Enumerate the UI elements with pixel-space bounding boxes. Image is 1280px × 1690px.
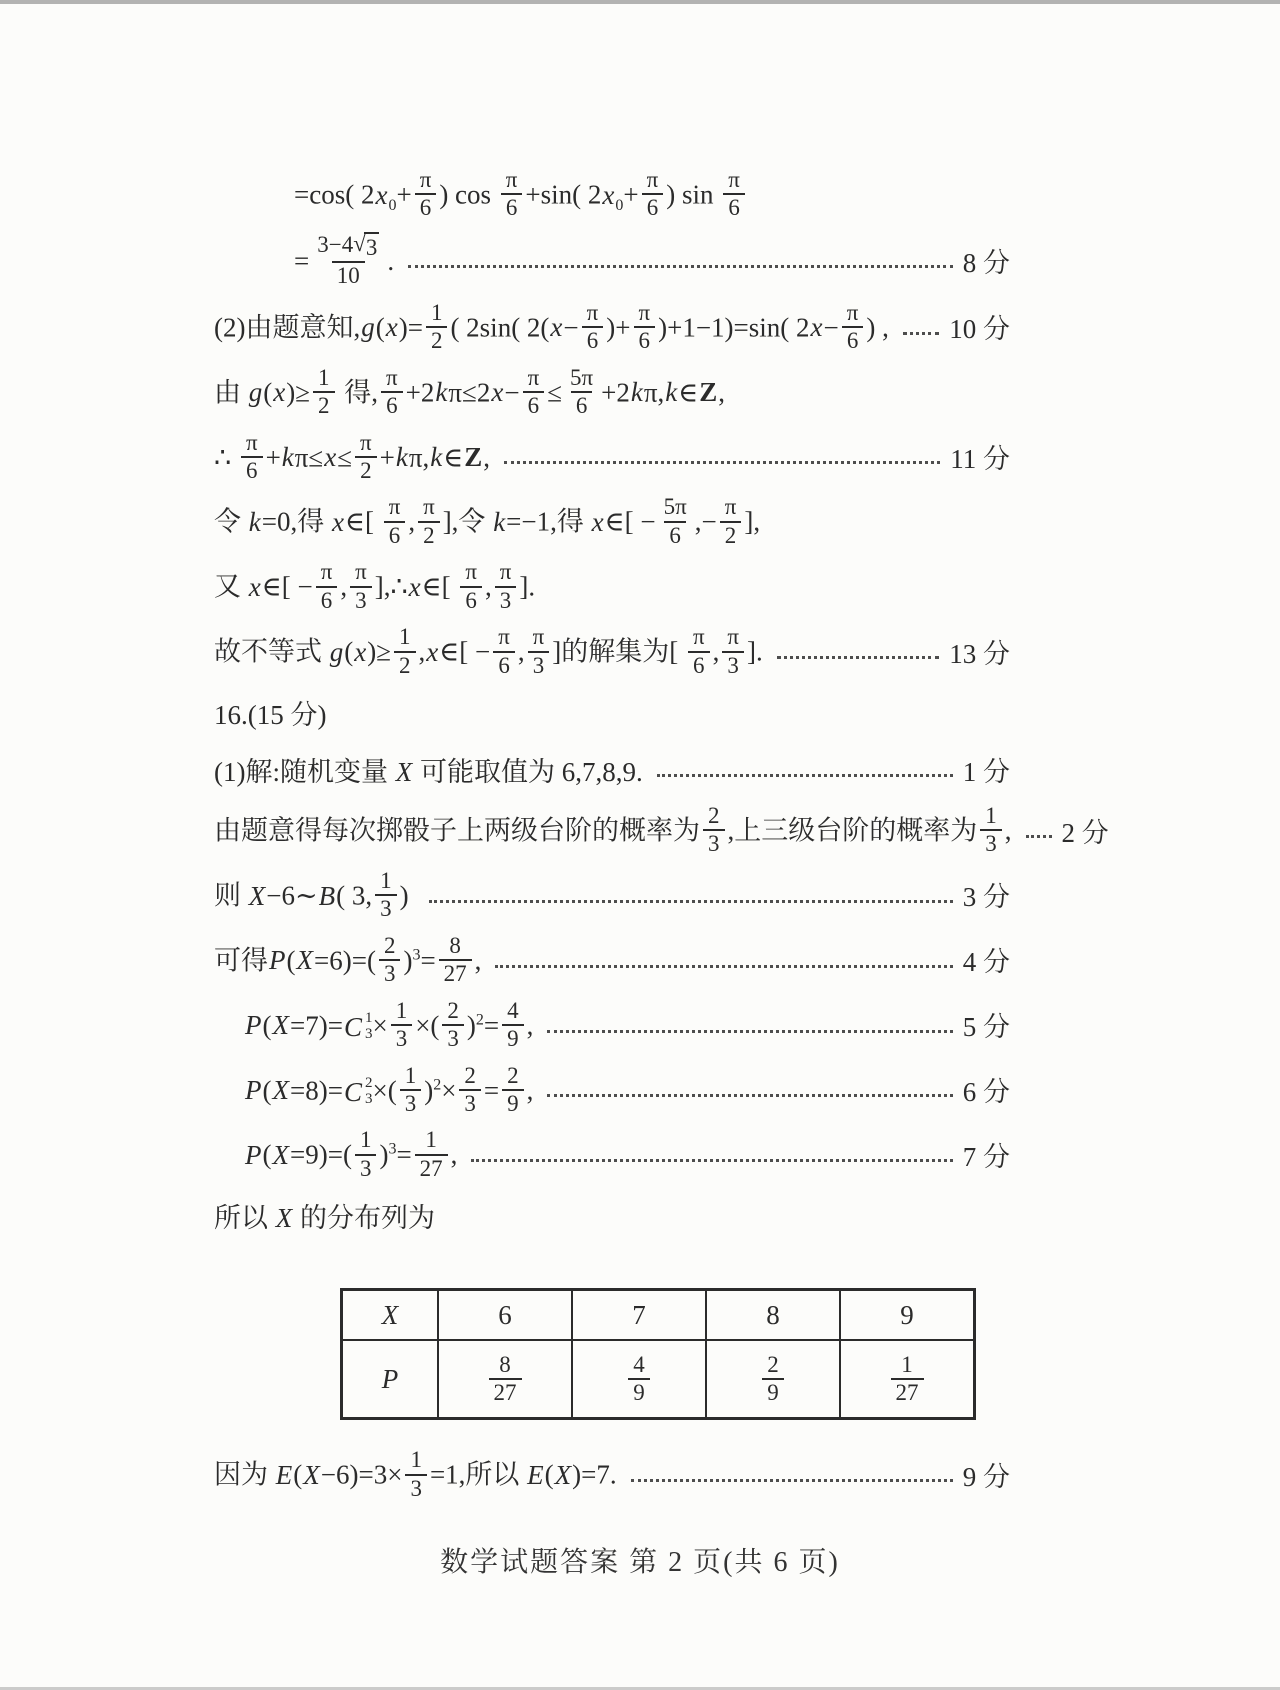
- math-variable: x: [591, 507, 605, 537]
- math-text: ,: [1005, 816, 1012, 846]
- math-text: =: [484, 1010, 499, 1040]
- math-text: )≥: [286, 377, 310, 407]
- fraction-numerator: π: [418, 494, 440, 520]
- fraction-numerator: 2: [459, 1063, 481, 1089]
- math-fraction: π2: [720, 494, 742, 549]
- fraction-denominator: 6: [842, 326, 864, 354]
- math-text: π: [360, 430, 372, 455]
- math-text: π: [693, 624, 705, 649]
- formula-line: 所以 X 的分布列为: [214, 1195, 1010, 1242]
- math-text: π: [638, 300, 650, 325]
- fraction-denominator: 10: [332, 261, 365, 289]
- fraction-denominator: 6: [384, 521, 406, 549]
- math-fraction: π3: [722, 624, 744, 679]
- math-text: ) sin: [666, 180, 720, 210]
- math-text: 4: [507, 998, 519, 1023]
- math-text: ],: [744, 507, 760, 537]
- math-text: (: [287, 945, 296, 975]
- exam-answer-page: =cos( 2x0+π6) cos π6+sin( 2x0+π6) sin π6…: [0, 0, 1280, 1690]
- fraction-denominator: 3: [442, 1024, 464, 1052]
- math-text: 的分布列为: [293, 1203, 435, 1233]
- fraction-numerator: π: [842, 300, 864, 326]
- math-text: 6: [321, 588, 333, 613]
- dotted-leader: [504, 459, 940, 464]
- fraction-numerator: 2: [762, 1352, 784, 1378]
- math-text: ( 2sin( 2(: [450, 312, 549, 342]
- math-variable: x: [385, 312, 399, 342]
- math-fraction: 827: [439, 933, 472, 988]
- math-variable: X: [395, 757, 414, 787]
- fraction-denominator: 9: [502, 1024, 524, 1052]
- math-text: )≥: [367, 637, 391, 667]
- dotted-leader: [903, 330, 939, 335]
- math-variable: E: [275, 1460, 294, 1490]
- math-fraction: π6: [241, 430, 263, 485]
- math-variable: x: [248, 572, 262, 602]
- math-fraction: 13: [980, 803, 1002, 858]
- fraction-numerator: π: [415, 167, 437, 193]
- math-text: π≤: [295, 442, 323, 472]
- math-fraction: 3−4√310: [312, 232, 384, 290]
- math-superscript: 2: [476, 1011, 484, 1028]
- formula-line: 因为 E(X−6)=3×13=1,所以 E(X)=7.9 分: [214, 1450, 1010, 1505]
- math-variable: k: [395, 442, 409, 472]
- math-text: 9: [900, 1300, 914, 1330]
- square-root: √3: [353, 232, 379, 261]
- math-text: π: [423, 494, 435, 519]
- math-text: ,: [527, 1075, 534, 1105]
- fraction-numerator: 2: [502, 1063, 524, 1089]
- math-text: )+1−1)=sin( 2: [658, 312, 809, 342]
- fraction-numerator: π: [384, 494, 406, 520]
- math-text: +: [380, 442, 395, 472]
- fraction-numerator: 1: [896, 1352, 918, 1378]
- math-text: π: [528, 365, 540, 390]
- combination-symbol: C23: [343, 1076, 373, 1110]
- math-text: π: [389, 494, 401, 519]
- math-text: =9)=(: [290, 1140, 352, 1170]
- math-fraction: 13: [375, 868, 397, 923]
- table-cell: 9: [840, 1290, 975, 1341]
- math-expression: 所以 X 的分布列为: [214, 1202, 435, 1236]
- fraction-denominator: 27: [891, 1378, 924, 1406]
- math-text: =cos( 2: [294, 180, 374, 210]
- fraction-denominator: 6: [501, 193, 523, 221]
- math-expression: (1)解:随机变量 X 可能取值为 6,7,8,9.: [214, 756, 643, 790]
- fraction-numerator: π: [355, 430, 377, 456]
- math-text: π: [500, 559, 512, 584]
- fraction-denominator: 2: [426, 326, 448, 354]
- math-fraction: π6: [723, 167, 745, 222]
- math-text: 又: [214, 572, 248, 602]
- math-variable: B: [318, 881, 337, 911]
- math-fraction: π3: [495, 559, 517, 614]
- math-text: −6∼: [266, 881, 317, 911]
- formula-line: (1)解:随机变量 X 可能取值为 6,7,8,9.1 分: [214, 749, 1010, 796]
- math-text: ,: [713, 637, 720, 667]
- fraction-denominator: 3: [350, 586, 372, 614]
- table-cell: 127: [840, 1340, 975, 1419]
- math-text: 3: [985, 831, 997, 856]
- math-set-symbol: Z: [463, 442, 483, 472]
- math-text: .: [387, 246, 394, 276]
- math-text: 3: [500, 588, 512, 613]
- math-text: 8: [449, 933, 461, 958]
- math-text: 1: [360, 1127, 372, 1152]
- math-fraction: 127: [415, 1127, 448, 1182]
- math-text: 9: [507, 1091, 519, 1116]
- formula-line: ∴ π6+kπ≤x≤π2+kπ,k∈Z,11 分: [214, 433, 1010, 488]
- fraction-numerator: π: [495, 559, 517, 585]
- math-text: 7: [632, 1300, 646, 1330]
- math-fraction: 13: [391, 998, 413, 1053]
- math-text: ∈[: [345, 507, 381, 537]
- fraction-denominator: 27: [415, 1154, 448, 1182]
- fraction-denominator: 6: [523, 391, 545, 419]
- math-fraction: 29: [762, 1352, 784, 1407]
- footer-page-label: 数学试题答案 第 2 页(共 6 页): [440, 1547, 840, 1578]
- math-text: ,: [718, 377, 725, 407]
- math-text: 9: [767, 1380, 779, 1405]
- math-expression: (2)由题意知,g(x)=12( 2sin( 2(x−π6)+π6)+1−1)=…: [214, 303, 889, 358]
- math-text: 27: [420, 1156, 443, 1181]
- table-cell: 827: [438, 1340, 572, 1419]
- math-text: 1: [380, 868, 392, 893]
- table-cell: 6: [438, 1290, 572, 1341]
- math-text: (2)由题意知,: [214, 312, 360, 342]
- math-variable: k: [664, 377, 678, 407]
- score-label: 10 分: [949, 313, 1010, 347]
- math-text: 6: [498, 653, 510, 678]
- math-text: 5π: [664, 494, 687, 519]
- radical-sign: √: [353, 231, 366, 257]
- fraction-numerator: 8: [494, 1352, 516, 1378]
- math-text: =: [396, 1140, 411, 1170]
- fraction-numerator: π: [241, 430, 263, 456]
- fraction-numerator: π: [381, 365, 403, 391]
- math-text: 3: [727, 653, 739, 678]
- score-label: 6 分: [963, 1076, 1010, 1110]
- math-text: 令: [214, 507, 248, 537]
- math-text: π: [355, 559, 367, 584]
- fraction-numerator: 1: [391, 998, 413, 1024]
- table-cell: P: [342, 1340, 439, 1419]
- math-text: π: [465, 559, 477, 584]
- math-text: 8: [499, 1352, 511, 1377]
- fraction-numerator: π: [633, 300, 655, 326]
- math-text: =6)=(: [314, 945, 376, 975]
- math-variable: x: [353, 637, 367, 667]
- math-text: ].: [747, 637, 763, 667]
- dotted-leader: [408, 263, 953, 268]
- math-text: ],∴: [375, 572, 408, 602]
- formula-line: 令 k=0,得 x∈[ π6,π2],令 k=−1,得 x∈[ −5π6,−π2…: [214, 497, 1010, 552]
- math-text: 1: [405, 1063, 417, 1088]
- math-fraction: π6: [582, 300, 604, 355]
- math-superscript: 2: [433, 1076, 441, 1093]
- table-cell: 8: [706, 1290, 840, 1341]
- math-variable: X: [302, 1460, 321, 1490]
- math-text: 3: [464, 1091, 476, 1116]
- math-fraction: π6: [493, 624, 515, 679]
- math-text: (: [263, 1140, 272, 1170]
- math-text: 6: [465, 588, 477, 613]
- dotted-leader: [547, 1028, 952, 1033]
- math-fraction: 23: [379, 933, 401, 988]
- math-variable: x: [810, 312, 824, 342]
- math-text: (: [263, 1075, 272, 1105]
- score-label: 9 分: [963, 1461, 1010, 1495]
- math-text: 4: [633, 1352, 645, 1377]
- math-variable: k: [434, 377, 448, 407]
- math-text: (: [376, 312, 385, 342]
- math-text: 6: [669, 523, 681, 548]
- math-text: 2: [423, 523, 435, 548]
- fraction-denominator: 3: [980, 829, 1002, 857]
- math-text: 16.(15 分): [214, 700, 326, 730]
- fraction-denominator: 9: [502, 1089, 524, 1117]
- math-text: π: [587, 300, 599, 325]
- math-fraction: π6: [316, 559, 338, 614]
- math-text: )=: [399, 312, 423, 342]
- fraction-denominator: 3: [528, 651, 550, 679]
- math-text: ∈: [678, 377, 698, 407]
- math-fraction: 12: [313, 365, 335, 420]
- math-expression: 则 X−6∼B( 3,13): [214, 871, 415, 926]
- score-label: 4 分: [963, 946, 1010, 980]
- fraction-denominator: 6: [634, 326, 656, 354]
- math-variable: x: [425, 637, 439, 667]
- fraction-denominator: 6: [723, 193, 745, 221]
- math-text: ,上三级台阶的概率为: [728, 816, 978, 846]
- math-text: ],令: [443, 507, 493, 537]
- fraction-denominator: 9: [762, 1378, 784, 1406]
- fraction-denominator: 27: [489, 1378, 522, 1406]
- math-text: π: [728, 167, 740, 192]
- math-fraction: 23: [459, 1063, 481, 1118]
- math-variable: x: [323, 442, 337, 472]
- math-fraction: 23: [703, 803, 725, 858]
- math-fraction: π6: [384, 494, 406, 549]
- formula-line: 则 X−6∼B( 3,13) 3 分: [214, 871, 1010, 926]
- fraction-denominator: 2: [394, 651, 416, 679]
- score-label: 13 分: [949, 638, 1010, 672]
- math-fraction: π3: [350, 559, 372, 614]
- table-row: P8274929127: [342, 1340, 975, 1419]
- math-text: ]的解集为[: [552, 637, 685, 667]
- math-text: 3: [708, 831, 720, 856]
- math-text: =−1,得: [506, 507, 590, 537]
- math-text: −: [504, 377, 519, 407]
- math-variable: X: [272, 1075, 291, 1105]
- fraction-denominator: 9: [628, 1378, 650, 1406]
- math-text: ,: [527, 1010, 534, 1040]
- math-text: 6: [847, 328, 859, 353]
- math-text: 因为: [214, 1460, 275, 1490]
- fraction-numerator: 1: [355, 1127, 377, 1153]
- math-fraction: 827: [489, 1352, 522, 1407]
- math-variable: k: [630, 377, 644, 407]
- fraction-numerator: 1: [375, 868, 397, 894]
- math-text: =7)=: [290, 1010, 343, 1040]
- math-text: 5π: [570, 365, 593, 390]
- math-text: 6: [246, 458, 258, 483]
- dotted-leader: [631, 1477, 953, 1482]
- math-text: π: [246, 430, 258, 455]
- math-variable: x: [272, 377, 286, 407]
- math-text: +2: [406, 377, 435, 407]
- fraction-denominator: 6: [582, 326, 604, 354]
- math-text: 1: [399, 624, 411, 649]
- math-text: 2: [318, 393, 330, 418]
- math-text: 故不等式: [214, 637, 329, 667]
- math-fraction: 5π6: [659, 494, 692, 549]
- fraction-numerator: π: [642, 167, 664, 193]
- table-cell: 29: [706, 1340, 840, 1419]
- math-text: 6: [528, 393, 540, 418]
- math-expression: =3−4√310.: [294, 235, 394, 293]
- math-text: ∈[ −: [605, 507, 656, 537]
- fraction-numerator: 2: [703, 803, 725, 829]
- math-text: 6: [506, 195, 518, 220]
- fraction-numerator: π: [723, 167, 745, 193]
- fraction-numerator: 8: [444, 933, 466, 959]
- formula-line: =cos( 2x0+π6) cos π6+sin( 2x0+π6) sin π6: [214, 170, 1010, 225]
- fraction-denominator: 6: [571, 391, 593, 419]
- score-label: 7 分: [963, 1141, 1010, 1175]
- fraction-numerator: π: [501, 167, 523, 193]
- math-text: 1: [318, 365, 330, 390]
- math-text: −: [563, 312, 578, 342]
- math-text: π: [506, 167, 518, 192]
- distribution-table: X6789P8274929127: [340, 1288, 976, 1420]
- math-text: ×: [372, 1010, 387, 1040]
- math-text: 1: [901, 1352, 913, 1377]
- math-fraction: π6: [501, 167, 523, 222]
- math-variable: X: [381, 1300, 400, 1330]
- formula-line: 由 g(x)≥12 得,π6+2kπ≤2x−π6≤5π6+2kπ,k∈Z,: [214, 368, 1010, 423]
- fraction-denominator: 6: [241, 456, 263, 484]
- fraction-denominator: 2: [355, 456, 377, 484]
- math-text: 则: [214, 881, 248, 911]
- score-label: 2 分: [1062, 817, 1109, 851]
- math-text: π: [386, 365, 398, 390]
- math-text: ): [400, 881, 416, 911]
- math-text: 所以: [214, 1203, 275, 1233]
- math-text: 可能取值为 6,7,8,9.: [413, 757, 643, 787]
- math-variable: E: [526, 1460, 545, 1490]
- math-variable: X: [554, 1460, 573, 1490]
- math-text: 2: [725, 523, 737, 548]
- math-text: ].: [519, 572, 535, 602]
- fraction-numerator: π: [528, 624, 550, 650]
- math-variable: g: [248, 377, 264, 407]
- math-fraction: π2: [355, 430, 377, 485]
- math-expression: P(X=7)=C13×13×(23)2=49,: [244, 1001, 533, 1056]
- math-text: =0,得: [262, 507, 331, 537]
- math-text: 10: [337, 263, 360, 288]
- math-variable: k: [429, 442, 443, 472]
- math-expression: P(X=9)=(13)3=127,: [244, 1130, 457, 1185]
- math-text: ,: [518, 637, 525, 667]
- math-fraction: π6: [688, 624, 710, 679]
- formula-line: P(X=9)=(13)3=127,7 分: [214, 1130, 1010, 1185]
- formula-line: P(X=7)=C13×13×(23)2=49,5 分: [214, 1001, 1010, 1056]
- fraction-numerator: 1: [313, 365, 335, 391]
- math-variable: P: [244, 1140, 263, 1170]
- fraction-numerator: 4: [628, 1352, 650, 1378]
- answer-content: =cos( 2x0+π6) cos π6+sin( 2x0+π6) sin π6…: [0, 170, 1280, 1505]
- math-text: 6: [587, 328, 599, 353]
- math-text: ,: [475, 945, 482, 975]
- math-expression: 故不等式 g(x)≥12,x∈[ −π6,π3]的解集为[ π6,π3].: [214, 627, 763, 682]
- math-text: −: [824, 312, 839, 342]
- math-text: 由题意得每次掷骰子上两级台阶的概率为: [214, 816, 700, 846]
- fraction-numerator: 1: [980, 803, 1002, 829]
- math-text: ∈: [443, 442, 463, 472]
- dotted-leader: [777, 654, 940, 659]
- math-text: ) ,: [866, 312, 889, 342]
- math-fraction: 29: [502, 1063, 524, 1118]
- math-text: ∈[ −: [262, 572, 313, 602]
- math-text: ,: [451, 1140, 458, 1170]
- math-text: )=7.: [572, 1460, 616, 1490]
- math-text: =1,所以: [430, 1460, 526, 1490]
- math-variable: k: [281, 442, 295, 472]
- math-text: 6: [498, 1300, 512, 1330]
- fraction-denominator: 6: [460, 586, 482, 614]
- table-cell: X: [342, 1290, 439, 1341]
- math-fraction: π3: [528, 624, 550, 679]
- math-text: ): [424, 1075, 433, 1105]
- fraction-denominator: 3: [722, 651, 744, 679]
- math-expression: 又 x∈[ −π6,π3],∴x∈[ π6,π3].: [214, 562, 535, 617]
- math-variable: P: [381, 1364, 400, 1394]
- math-text: 3: [355, 588, 367, 613]
- score-label: 3 分: [963, 881, 1010, 915]
- math-text: ∴: [214, 442, 238, 472]
- math-text: π: [847, 300, 859, 325]
- math-text: 2: [507, 1063, 519, 1088]
- math-text: 1: [410, 1447, 422, 1472]
- fraction-denominator: 27: [439, 959, 472, 987]
- fraction-numerator: 5π: [659, 494, 692, 520]
- math-text: 3: [380, 896, 392, 921]
- math-variable: k: [248, 507, 262, 537]
- math-text: =: [294, 246, 309, 276]
- fraction-numerator: 4: [502, 998, 524, 1024]
- math-variable: g: [329, 637, 345, 667]
- math-text: 6: [576, 393, 588, 418]
- math-variable: x: [374, 180, 388, 210]
- math-text: ): [467, 1010, 476, 1040]
- table-row: X6789: [342, 1290, 975, 1341]
- math-expression: ∴ π6+kπ≤x≤π2+kπ,k∈Z,: [214, 433, 490, 488]
- math-variable: x: [601, 180, 615, 210]
- math-text: ×(: [415, 1010, 439, 1040]
- fraction-numerator: 1: [405, 1447, 427, 1473]
- math-text: ∈[: [422, 572, 458, 602]
- fraction-numerator: π: [493, 624, 515, 650]
- math-text: 3: [396, 1026, 408, 1051]
- fraction-denominator: 3: [703, 829, 725, 857]
- math-text: ,: [485, 572, 492, 602]
- formula-line: P(X=8)=C23×(13)2×23=29,6 分: [214, 1066, 1010, 1121]
- math-variable: X: [296, 945, 315, 975]
- fraction-numerator: π: [350, 559, 372, 585]
- math-text: 6: [647, 195, 659, 220]
- math-text: 6: [728, 195, 740, 220]
